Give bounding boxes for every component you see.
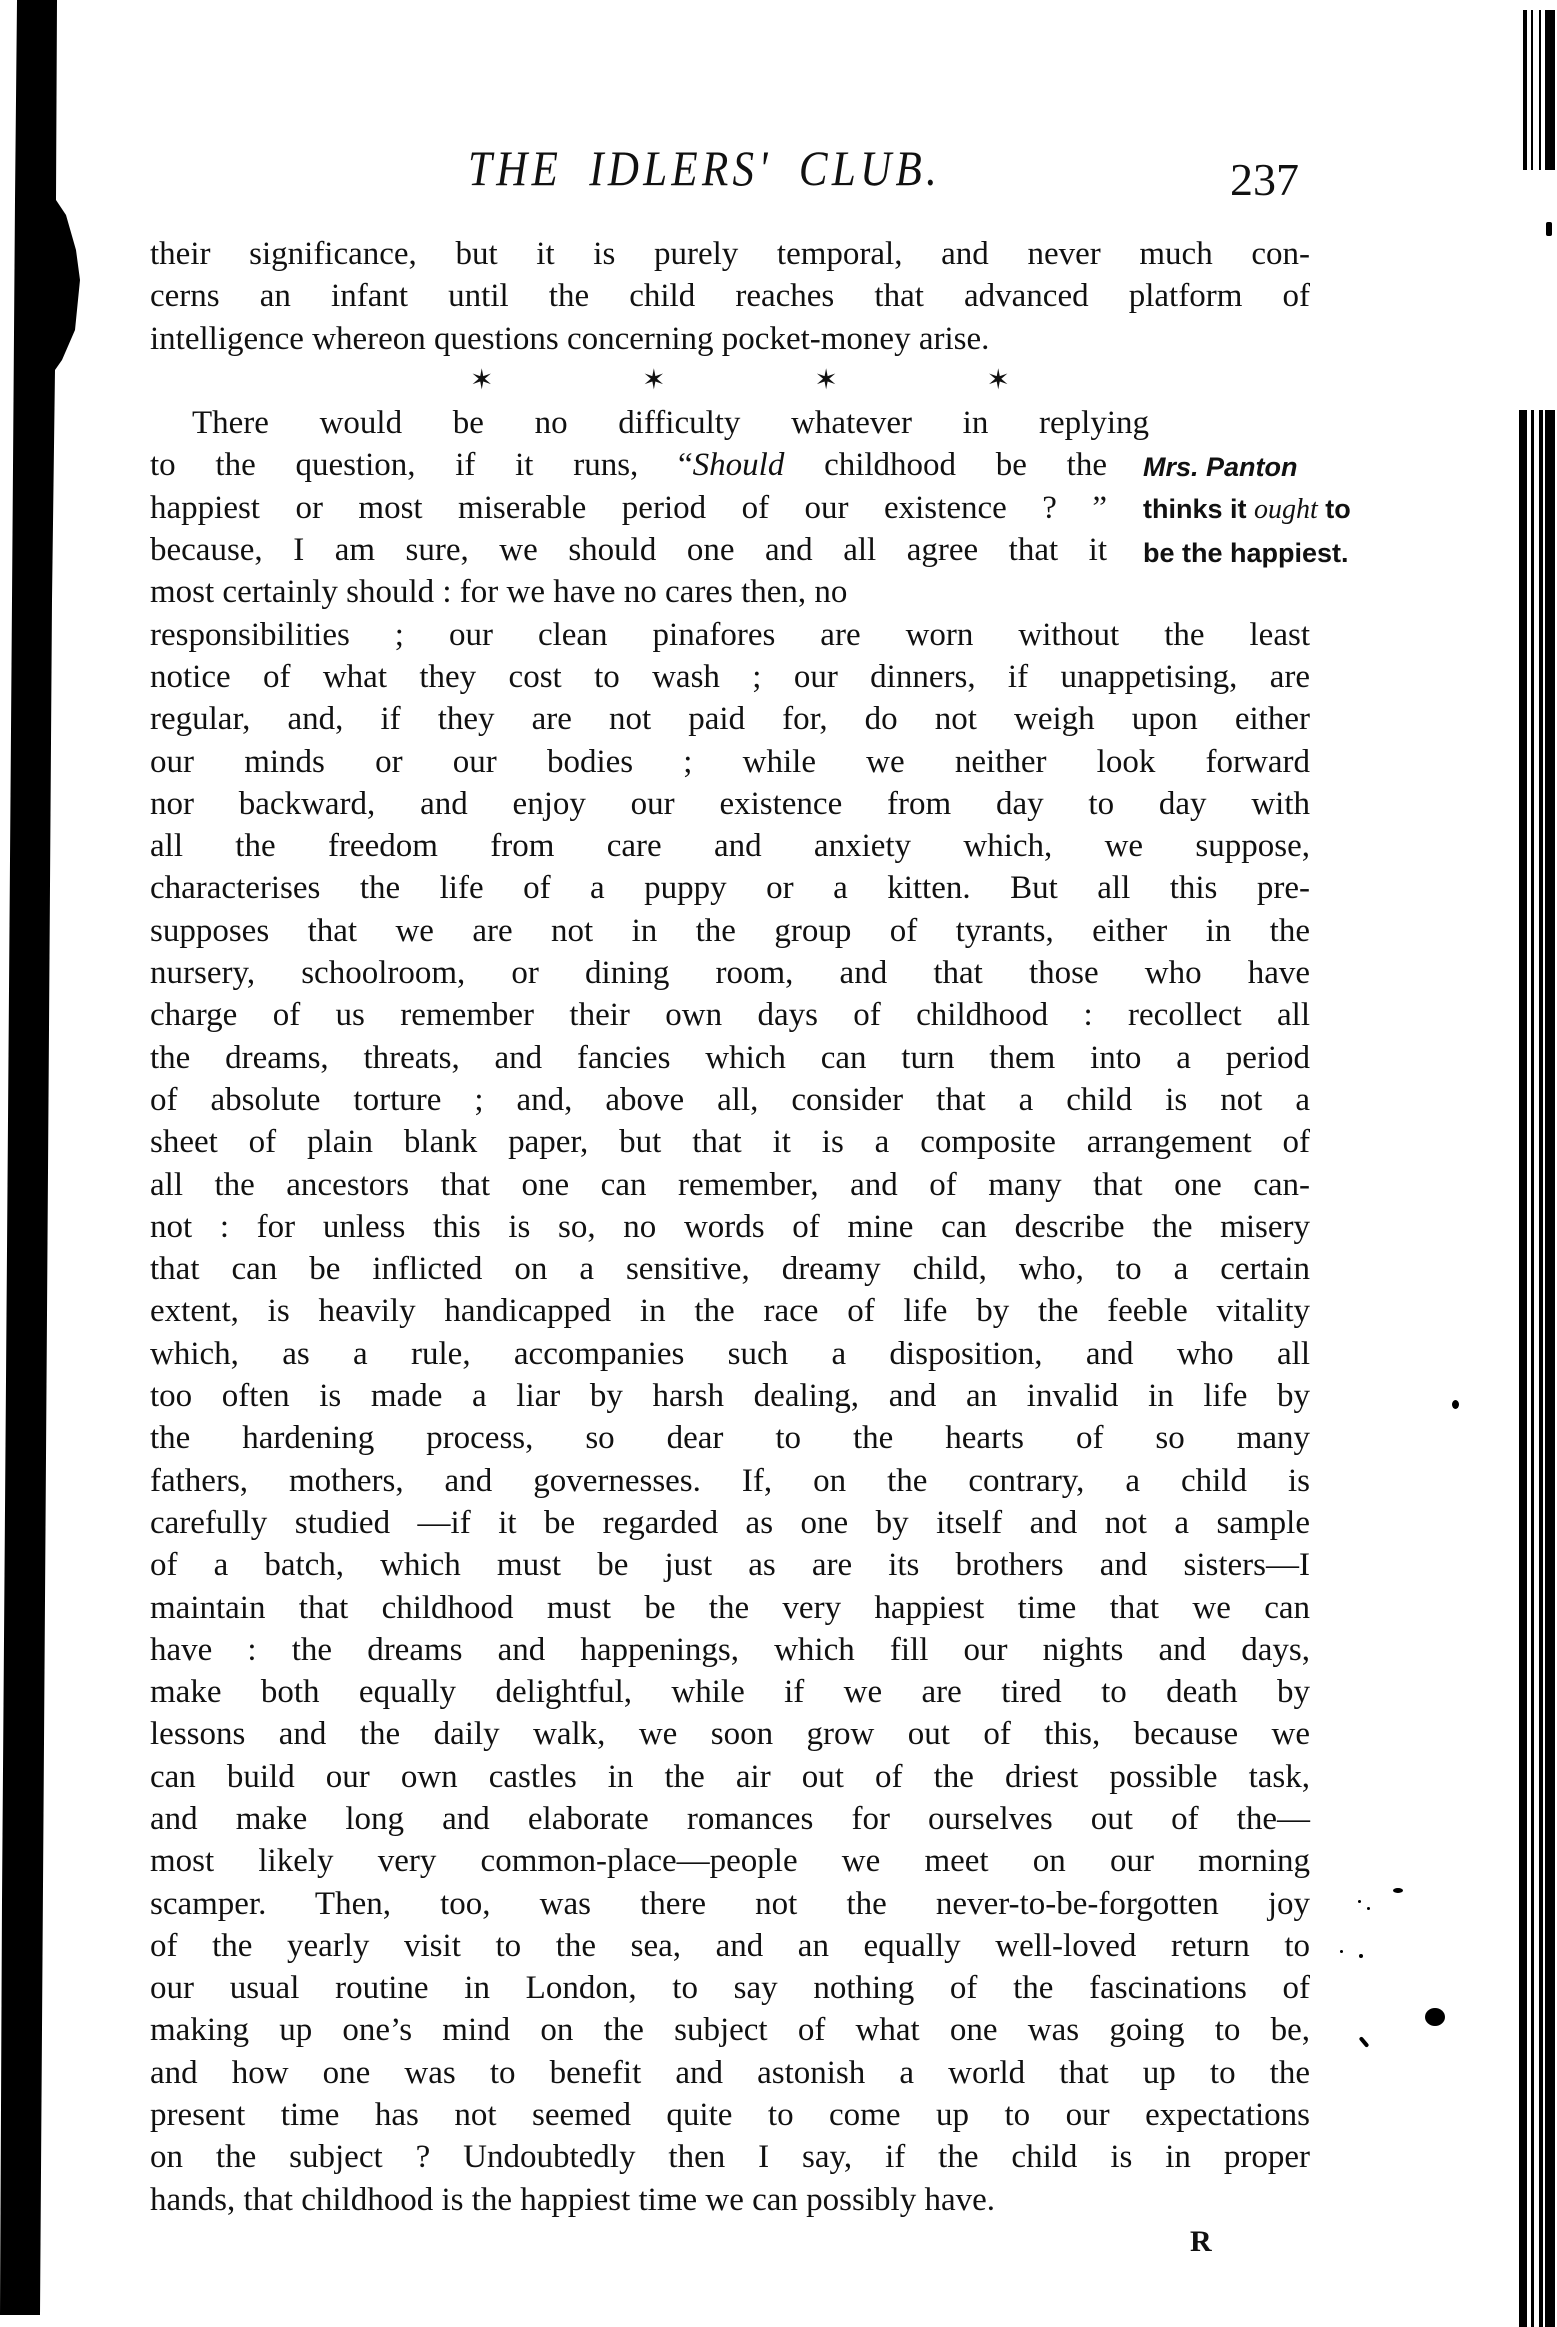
text-line: on the subject ? Undoubtedly then I say,… [150, 2136, 1310, 2178]
text-line: of absolute torture ; and, above all, co… [150, 1079, 1310, 1121]
section-break-asterisks: ✶ ✶ ✶ ✶ [350, 360, 1010, 402]
text-line: make both equally delightful, while if w… [150, 1671, 1310, 1713]
text-line: happiest or most miserable period of our… [150, 487, 1107, 529]
text-line: and make long and elaborate romances for… [150, 1798, 1310, 1840]
text-line: charge of us remember their own days of … [150, 994, 1310, 1036]
text-line: There would be no difficulty whatever in… [150, 402, 1149, 444]
emphasis: Should [693, 447, 785, 483]
text-line: have : the dreams and happenings, which … [150, 1629, 1310, 1671]
text-line: most certainly should : for we have no c… [150, 571, 1107, 613]
text-line: the dreams, threats, and fancies which c… [150, 1037, 1310, 1079]
text-line: our minds or our bodies ; while we neith… [150, 741, 1310, 783]
speck [1367, 1907, 1370, 1910]
text-line: not : for unless this is so, no words of… [150, 1206, 1310, 1248]
text-line: extent, is heavily handicapped in the ra… [150, 1290, 1310, 1332]
body-text: their significance, but it is purely tem… [150, 233, 1310, 2221]
text-line: carefully studied —if it be regarded as … [150, 1502, 1310, 1544]
text-line: nursery, schoolroom, or dining room, and… [150, 952, 1310, 994]
text-line: responsibilities ; our clean pinafores a… [150, 614, 1310, 656]
text-line: the hardening process, so dear to the he… [150, 1417, 1310, 1459]
text-line: nor backward, and enjoy our existence fr… [150, 783, 1310, 825]
text-line: that can be inflicted on a sensitive, dr… [150, 1248, 1310, 1290]
text-line: can build our own castles in the air out… [150, 1756, 1310, 1798]
text-line: supposes that we are not in the group of… [150, 910, 1310, 952]
page-edge-right [1517, 410, 1557, 2327]
sidenote-emphasis: ought [1254, 494, 1318, 525]
text-line: sheet of plain blank paper, but that it … [150, 1121, 1310, 1163]
text-line: notice of what they cost to wash ; our d… [150, 656, 1310, 698]
sidenote-name: Mrs. Panton [1143, 446, 1443, 488]
text-line: regular, and, if they are not paid for, … [150, 698, 1310, 740]
text-line: making up one’s mind on the subject of w… [150, 2009, 1310, 2051]
speck [1340, 1950, 1343, 1953]
text-line: to the question, if it runs, “Should chi… [150, 444, 1107, 486]
text-line: and how one was to benefit and astonish … [150, 2052, 1310, 2094]
text-line: intelligence whereon questions concernin… [150, 318, 1310, 360]
running-header: THE IDLERS' CLUB. [468, 138, 898, 198]
speck [1452, 1400, 1459, 1409]
binding-shadow-left [0, 0, 90, 2315]
text-line: too often is made a liar by harsh dealin… [150, 1375, 1310, 1417]
text-line: all the ancestors that one can remember,… [150, 1164, 1310, 1206]
text-line: because, I am sure, we should one and al… [150, 529, 1107, 571]
speck [1393, 1888, 1403, 1893]
speck [1358, 1900, 1361, 1903]
sidenote-line: thinks it ought to [1143, 488, 1443, 531]
page-number: 237 [1230, 150, 1299, 210]
speck [1359, 2036, 1370, 2048]
text-line: most likely very common-place—people we … [150, 1840, 1310, 1882]
text-line: scamper. Then, too, was there not the ne… [150, 1883, 1310, 1925]
text-line: their significance, but it is purely tem… [150, 233, 1310, 275]
margin-sidenote: Mrs. Panton thinks it ought to be the ha… [1143, 446, 1443, 574]
sidenote-line: be the happiest. [1143, 532, 1443, 574]
text-line: maintain that childhood must be the very… [150, 1587, 1310, 1629]
text-line: which, as a rule, accompanies such a dis… [150, 1333, 1310, 1375]
text-line: all the freedom from care and anxiety wh… [150, 825, 1310, 867]
text-line: characterises the life of a puppy or a k… [150, 867, 1310, 909]
speck [1546, 222, 1552, 236]
scanned-page: THE IDLERS' CLUB. 237 their significance… [0, 0, 1557, 2327]
text-line: hands, that childhood is the happiest ti… [150, 2179, 1310, 2221]
ink-blot [1425, 2008, 1445, 2026]
text-line: cerns an infant until the child reaches … [150, 275, 1310, 317]
text-line: of the yearly visit to the sea, and an e… [150, 1925, 1310, 1967]
text-line: our usual routine in London, to say noth… [150, 1967, 1310, 2009]
text-line: fathers, mothers, and governesses. If, o… [150, 1460, 1310, 1502]
signature-mark: R [1190, 2222, 1212, 2262]
text-line: present time has not seemed quite to com… [150, 2094, 1310, 2136]
page-edge-right-top [1517, 10, 1557, 170]
speck [1359, 1954, 1363, 1958]
text-line: of a batch, which must be just as are it… [150, 1544, 1310, 1586]
text-line: lessons and the daily walk, we soon grow… [150, 1713, 1310, 1755]
